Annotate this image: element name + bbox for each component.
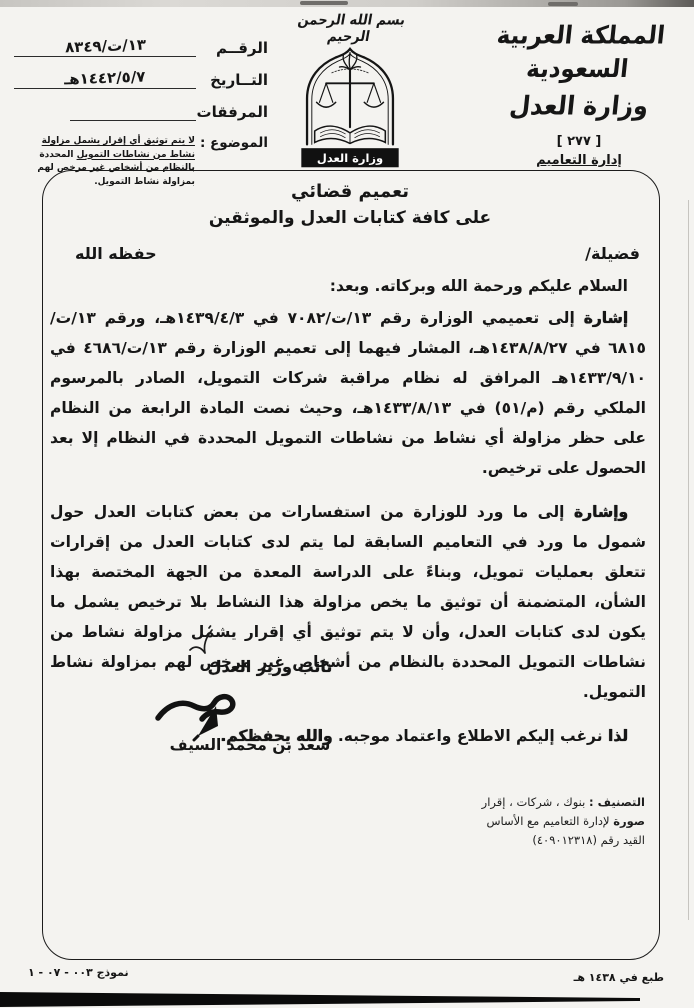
scan-bottom-bar bbox=[0, 986, 694, 1008]
closing-line: لذا نرغب إليكم الاطلاع واعتماد موجبه. وا… bbox=[50, 721, 646, 751]
paragraph-2-lead: وإشارة bbox=[574, 503, 628, 521]
number-label: الرقــم bbox=[202, 39, 268, 57]
form-number: نموذج ٠٠٣ - ٠٧ - ١ bbox=[28, 966, 129, 979]
number-value: ١٣/ت/٨٣٤٩ bbox=[60, 35, 150, 56]
closing-middle: نرغب إليكم الاطلاع واعتماد موجبه. bbox=[333, 727, 608, 745]
circular-index-badge: [ ٢٧٧ ] bbox=[470, 134, 688, 149]
department-label: إدارة التعاميم bbox=[470, 153, 688, 168]
classification-block: التصنيف : بنوك ، شركات ، إقرار صورة لإدا… bbox=[482, 793, 645, 850]
classification-line: التصنيف : بنوك ، شركات ، إقرار bbox=[482, 793, 645, 812]
circular-audience: على كافة كتابات العدل والموثقين bbox=[42, 208, 658, 228]
classification-label: التصنيف : bbox=[589, 795, 645, 809]
subject-label: الموضوع : bbox=[200, 135, 268, 151]
emblem-banner-text: وزارة العدل bbox=[317, 151, 383, 166]
body-paragraph-2: وإشارة إلى ما ورد للوزارة من استفسارات م… bbox=[50, 497, 646, 707]
date-underline: ١٤٤٢/٥/٧هـ bbox=[14, 68, 196, 89]
paragraph-2-text: إلى ما ورد للوزارة من استفسارات من بعض ك… bbox=[50, 503, 646, 701]
paragraph-1-text: إلى تعميمي الوزارة رقم ١٣/ت/٧٠٨٢ في ١٤٣٩… bbox=[50, 309, 646, 477]
number-field-row: الرقــم ١٣/ت/٨٣٤٩ bbox=[14, 36, 268, 57]
circular-title: تعميم قضائي bbox=[42, 181, 658, 202]
print-note: طبع في ١٤٣٨ هـ bbox=[574, 971, 664, 984]
copy-note-line: صورة لإدارة التعاميم مع الأساس bbox=[482, 812, 645, 831]
body-text: إشارة إلى تعميمي الوزارة رقم ١٣/ت/٧٠٨٢ ف… bbox=[50, 303, 646, 751]
greeting-line: السلام عليكم ورحمة الله وبركاته. وبعد: bbox=[330, 277, 628, 295]
paragraph-1-lead: إشارة bbox=[584, 309, 628, 327]
scan-smudge bbox=[300, 1, 348, 5]
signature-title: نائب وزير العدل bbox=[200, 657, 340, 676]
attachments-field-row: المرفقات bbox=[14, 100, 268, 121]
date-label: التــاريخ bbox=[202, 71, 268, 89]
basmala-calligraphy: بسم الله الرحمن الرحيم bbox=[280, 13, 420, 46]
addressee-line: فضيلة/ bbox=[585, 244, 640, 263]
date-field-row: التــاريخ ١٤٤٢/٥/٧هـ bbox=[14, 68, 268, 89]
blessing-text: حفظه الله bbox=[75, 244, 157, 263]
letterhead-emblem-block: بسم الله الرحمن الرحيم bbox=[283, 14, 417, 177]
number-underline: ١٣/ت/٨٣٤٩ bbox=[14, 36, 196, 57]
attachments-underline bbox=[70, 100, 196, 121]
scanned-circular-page: المملكة العربية السعودية وزارة العدل [ ٢… bbox=[0, 0, 694, 1008]
scan-smudge bbox=[548, 2, 578, 6]
letterhead-titles: المملكة العربية السعودية وزارة العدل [ ٢… bbox=[470, 22, 688, 168]
copy-note-rest: لإدارة التعاميم مع الأساس bbox=[486, 814, 613, 828]
signature-name: سعد بن محمد السيف bbox=[160, 736, 340, 754]
classification-value: بنوك ، شركات ، إقرار bbox=[482, 795, 589, 809]
ministry-title: وزارة العدل bbox=[468, 91, 689, 121]
date-value: ١٤٤٢/٥/٧هـ bbox=[60, 67, 150, 88]
body-paragraph-1: إشارة إلى تعميمي الوزارة رقم ١٣/ت/٧٠٨٢ ف… bbox=[50, 303, 646, 483]
kingdom-title: المملكة العربية السعودية bbox=[466, 20, 691, 87]
copy-note-lead: صورة bbox=[613, 814, 645, 828]
moj-scales-book-emblem-icon: وزارة العدل bbox=[283, 47, 417, 177]
closing-lead: لذا bbox=[608, 727, 628, 745]
record-number-line: القيد رقم (٤٠٩٠١٢٣١٨) bbox=[482, 831, 645, 850]
scan-edge-line bbox=[688, 200, 689, 920]
attachments-label: المرفقات bbox=[202, 103, 268, 121]
reference-fields: الرقــم ١٣/ت/٨٣٤٩ التــاريخ ١٤٤٢/٥/٧هـ ا… bbox=[14, 36, 268, 189]
